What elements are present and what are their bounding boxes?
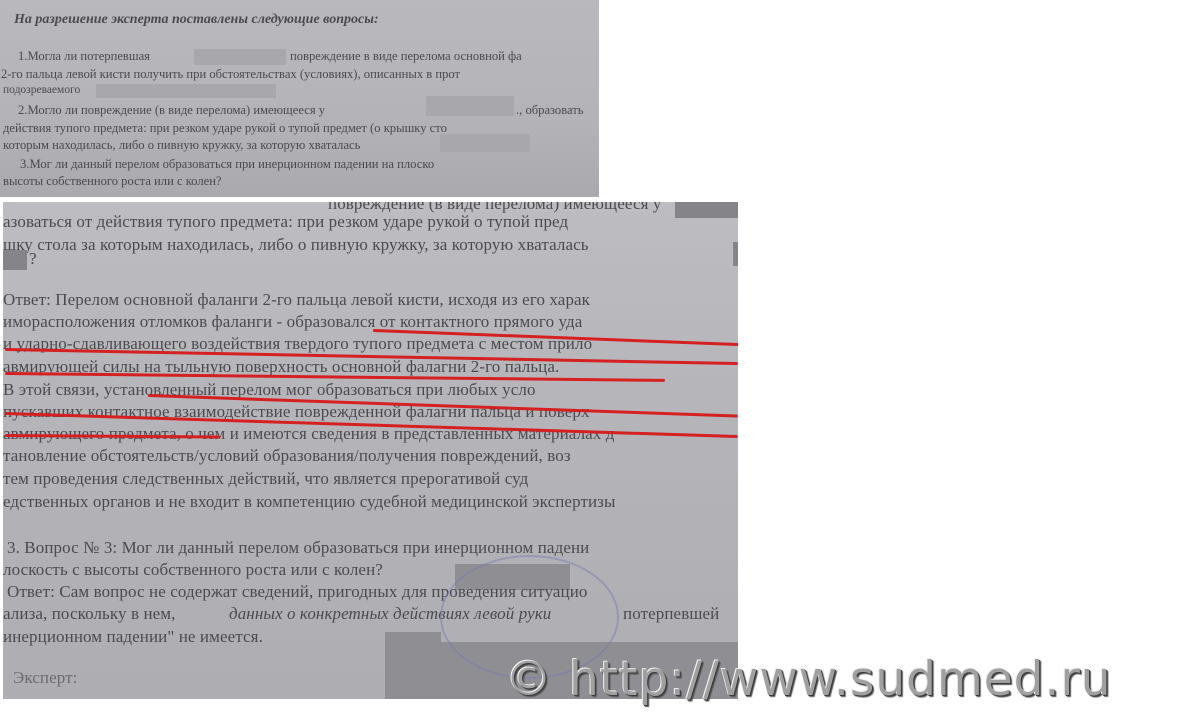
redaction-box	[194, 49, 286, 65]
document-scan-questions: На разрешение эксперта поставлены следую…	[0, 0, 599, 197]
text-line: ?	[29, 249, 37, 269]
question-2-line-1b: ., образовать	[516, 103, 584, 118]
question-3-line-2: высоты собственного роста или с колен?	[3, 174, 222, 189]
answer-3-line-3: инерционном падении" не имеется.	[3, 627, 263, 647]
text-line: шку стола за которым находилась, либо о …	[3, 235, 589, 255]
expert-label: Эксперт:	[13, 668, 77, 688]
answer-2-line-10: едственных органов и не входит в компете…	[3, 492, 616, 512]
answer-3-line-2a: ализа, поскольку в нем,	[3, 604, 176, 624]
answer-2-line-8: тановление обстоятельств/условий образов…	[3, 446, 571, 466]
question-1-line-1b: повреждение в виде перелома основной фа	[290, 49, 522, 64]
questions-heading: На разрешение эксперта поставлены следую…	[14, 12, 379, 28]
answer-3-line-2c: потерпевшей	[623, 604, 719, 624]
question-2-line-2: действия тупого предмета: при резком уда…	[3, 121, 447, 136]
redaction-box	[385, 632, 441, 644]
question-2-line-1a: 2.Могло ли повреждение (в виде перелома)…	[18, 103, 325, 118]
question-3-heading: 3. Вопрос № 3: Мог ли данный перелом обр…	[7, 538, 589, 558]
answer-2-line-9: тем проведения следственных действий, чт…	[3, 469, 528, 489]
question-1-line-2: 2-го пальца левой кисти получить при обс…	[1, 67, 460, 82]
document-scan-answers: повреждение (в виде перелома) имеющееся …	[3, 202, 738, 699]
redaction-box	[96, 84, 276, 98]
question-3-text: лоскость с высоты собственного роста или…	[3, 560, 383, 580]
answer-2-line-6: пускавших контактное взаимодействие повр…	[3, 402, 590, 422]
answer-2-line-5: В этой связи, установленный перелом мог …	[3, 380, 536, 400]
question-3-line-1: 3.Мог ли данный перелом образоваться при…	[20, 157, 434, 172]
watermark: © http://www.sudmed.ru	[505, 652, 1112, 707]
text-line: азоваться от действия тупого предмета: п…	[3, 212, 568, 232]
question-1-line-1a: 1.Могла ли потерпевшая	[18, 49, 150, 64]
redaction-box	[3, 250, 27, 270]
question-2-line-3: которым находилась, либо о пивную кружку…	[3, 138, 360, 153]
redaction-box	[440, 134, 530, 152]
answer-2-line-1: Ответ: Перелом основной фаланги 2-го пал…	[3, 290, 590, 310]
question-1-line-3: подозреваемого	[3, 84, 80, 96]
answer-2-line-2: иморасположения отломков фаланги - образ…	[3, 312, 582, 332]
redaction-box	[675, 202, 738, 218]
redaction-box	[733, 242, 738, 266]
redaction-box	[426, 96, 514, 116]
